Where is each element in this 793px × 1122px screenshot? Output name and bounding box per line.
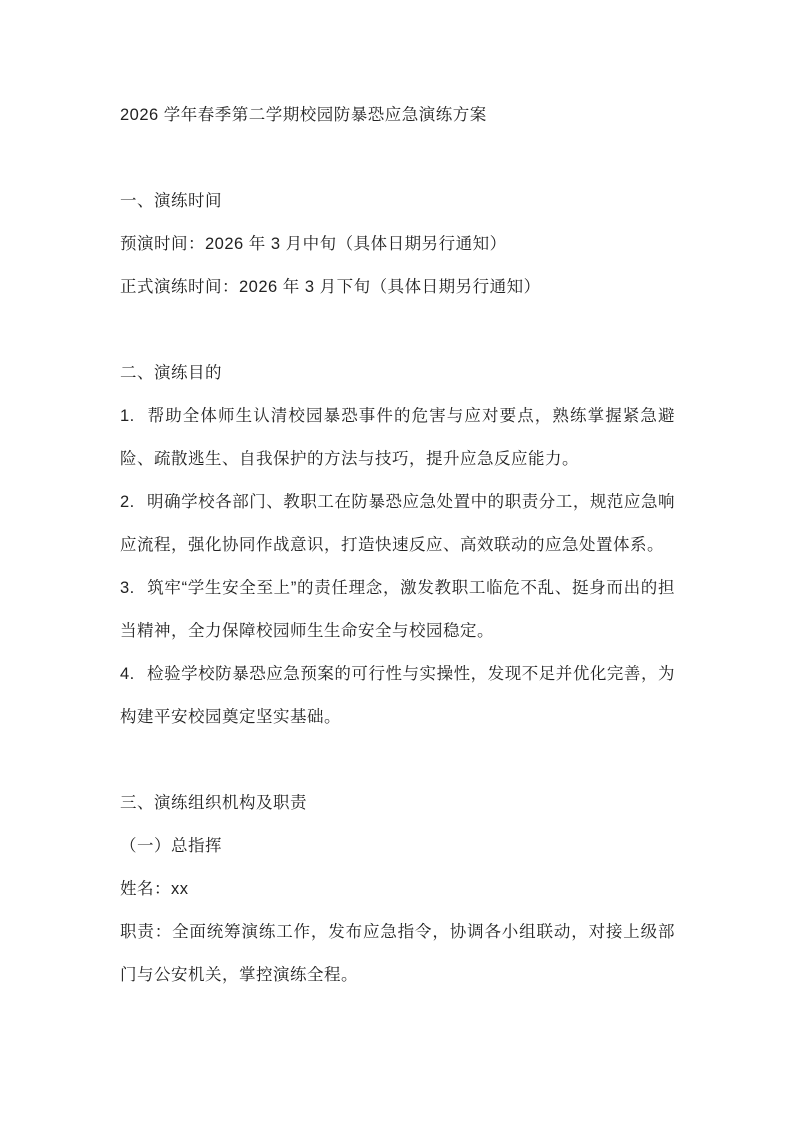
list-number: 4.	[120, 653, 147, 696]
list-item-text: 检验学校防暴恐应急预案的可行性与实操性，发现不足并优化完善，为构建平安校园奠定坚…	[120, 665, 675, 726]
document-content: 2026 学年春季第二学期校园防暴恐应急演练方案 一、演练时间 预演时间：202…	[0, 0, 793, 997]
list-item-text: 明确学校各部门、教职工在防暴恐应急处置中的职责分工，规范应急响应流程，强化协同作…	[120, 493, 675, 554]
paragraph: 姓名：xx	[120, 868, 675, 911]
list-item-text: 帮助全体师生认清校园暴恐事件的危害与应对要点，熟练掌握紧急避险、疏散逃生、自我保…	[120, 407, 675, 468]
paragraph: 预演时间：2026 年 3 月中旬（具体日期另行通知）	[120, 223, 675, 266]
list-item-text: 筑牢“学生安全至上”的责任理念，激发教职工临危不乱、挺身而出的担当精神，全力保障…	[120, 579, 675, 640]
list-number: 3.	[120, 567, 147, 610]
section-heading: 二、演练目的	[120, 352, 675, 395]
list-number: 1.	[120, 395, 147, 438]
list-item: 4.检验学校防暴恐应急预案的可行性与实操性，发现不足并优化完善，为构建平安校园奠…	[120, 653, 675, 739]
list-item: 3.筑牢“学生安全至上”的责任理念，激发教职工临危不乱、挺身而出的担当精神，全力…	[120, 567, 675, 653]
section-drill-time: 一、演练时间 预演时间：2026 年 3 月中旬（具体日期另行通知） 正式演练时…	[120, 180, 675, 309]
section-drill-purpose: 二、演练目的 1.帮助全体师生认清校园暴恐事件的危害与应对要点，熟练掌握紧急避险…	[120, 352, 675, 739]
document-page: 2026 学年春季第二学期校园防暴恐应急演练方案 一、演练时间 预演时间：202…	[0, 0, 793, 1122]
section-heading: 三、演练组织机构及职责	[120, 782, 675, 825]
document-title: 2026 学年春季第二学期校园防暴恐应急演练方案	[120, 94, 675, 137]
paragraph: 正式演练时间：2026 年 3 月下旬（具体日期另行通知）	[120, 266, 675, 309]
list-number: 2.	[120, 481, 147, 524]
paragraph: （一）总指挥	[120, 825, 675, 868]
section-heading: 一、演练时间	[120, 180, 675, 223]
paragraph: 职责：全面统筹演练工作，发布应急指令，协调各小组联动，对接上级部门与公安机关，掌…	[120, 911, 675, 997]
section-organization: 三、演练组织机构及职责 （一）总指挥 姓名：xx 职责：全面统筹演练工作，发布应…	[120, 782, 675, 997]
list-item: 2.明确学校各部门、教职工在防暴恐应急处置中的职责分工，规范应急响应流程，强化协…	[120, 481, 675, 567]
list-item: 1.帮助全体师生认清校园暴恐事件的危害与应对要点，熟练掌握紧急避险、疏散逃生、自…	[120, 395, 675, 481]
